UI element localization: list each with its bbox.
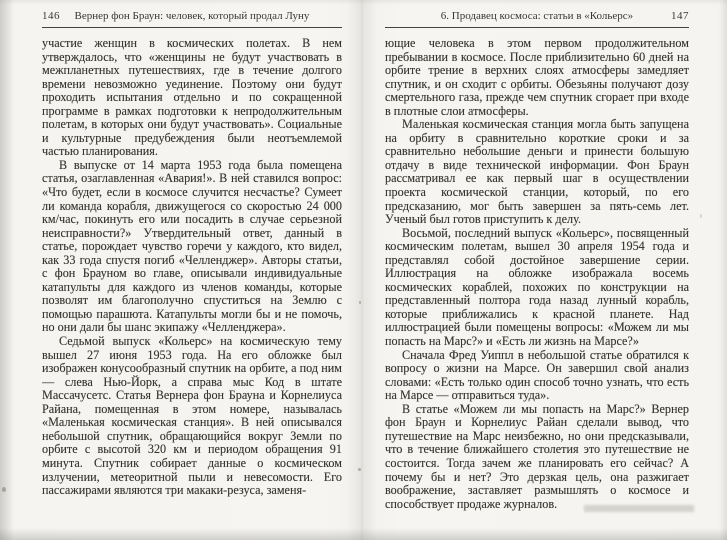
right-running-head: 6. Продавец космоса: статьи в «Кольерс» … (385, 9, 689, 24)
paragraph: В статье «Можем ли мы попасть на Марс?» … (385, 403, 689, 511)
left-page: 146 Вернер фон Браун: человек, который п… (0, 0, 363, 540)
left-page-body: участие женщин в космических полетах. В … (42, 37, 342, 498)
right-running-title: 6. Продавец космоса: статьи в «Кольерс» (385, 9, 689, 24)
paragraph: ющие человека в этом первом продолжитель… (385, 37, 689, 118)
paragraph: Маленькая космическая станция могла быть… (385, 118, 689, 226)
left-running-title: Вернер фон Браун: человек, который прода… (42, 9, 342, 24)
right-page: 6. Продавец космоса: статьи в «Кольерс» … (363, 0, 727, 540)
paragraph: Восьмой, последний выпуск «Кольерс», пос… (385, 227, 689, 349)
book-spread-photo: 146 Вернер фон Браун: человек, который п… (0, 0, 727, 540)
paragraph: Сначала Фред Уиппл в небольшой статье об… (385, 349, 689, 403)
paragraph: участие женщин в космических полетах. В … (42, 37, 342, 159)
paragraph: В выпуске от 14 марта 1953 года была пом… (42, 159, 342, 335)
book-spread: 146 Вернер фон Браун: человек, который п… (0, 0, 727, 540)
right-page-body: ющие человека в этом первом продолжитель… (385, 37, 689, 511)
left-header-rule (42, 27, 342, 28)
left-running-head: 146 Вернер фон Браун: человек, который п… (42, 9, 342, 24)
right-page-number: 147 (671, 9, 689, 24)
left-page-number: 146 (42, 9, 60, 24)
paragraph: Седьмой выпуск «Кольерс» на космическую … (42, 335, 342, 498)
right-header-rule (385, 27, 689, 28)
